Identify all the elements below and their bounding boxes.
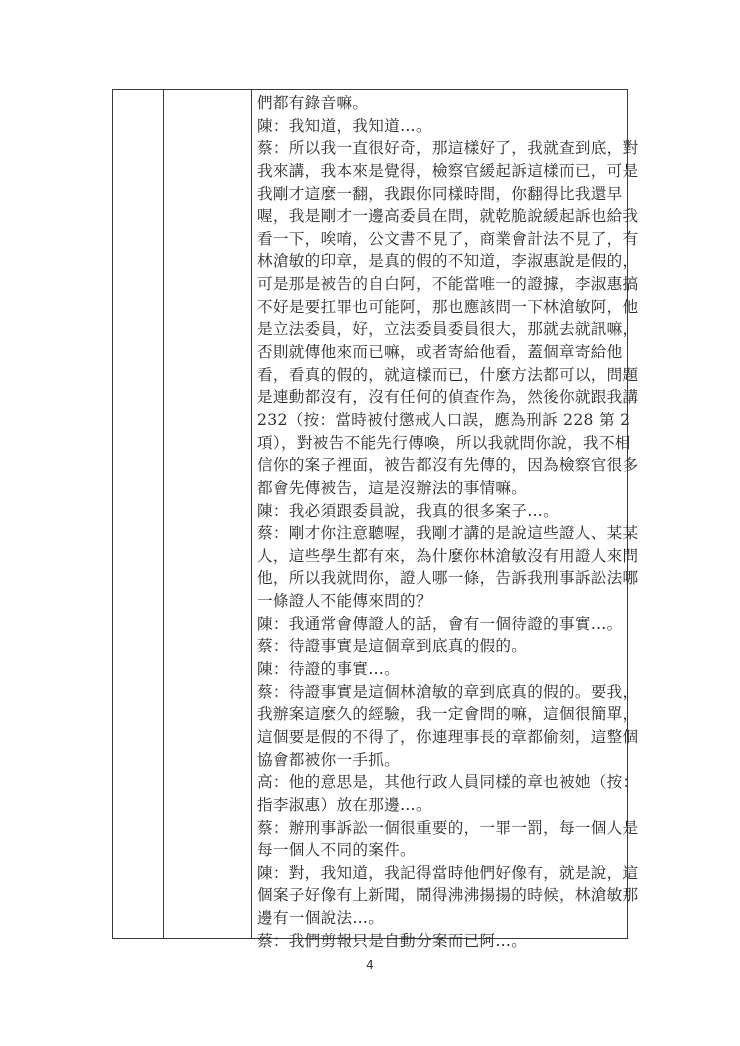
transcript-line: 都會先傳被告，這是沒辦法的事情嘛。 <box>257 477 625 500</box>
transcript-line: 232（按：當時被付懲戒人口誤，應為刑訴 228 第 2 <box>257 409 625 432</box>
transcript-line: 蔡：我們剪報只是自動分案而已阿…。 <box>257 930 625 953</box>
transcript-line: 一條證人不能傳來問的？ <box>257 590 625 613</box>
transcript-line: 看，看真的假的，就這樣而已，什麼方法都可以，問題 <box>257 364 625 387</box>
transcript-line: 陳：待證的事實…。 <box>257 658 625 681</box>
transcript-line: 每一個人不同的案件。 <box>257 839 625 862</box>
transcript-line: 蔡：所以我一直很好奇，那這樣好了，我就查到底，對 <box>257 137 625 160</box>
transcript-line: 陳：對，我知道，我記得當時他們好像有，就是說，這 <box>257 862 625 885</box>
transcript-line: 蔡：待證事實是這個林滄敏的章到底真的假的。要我， <box>257 681 625 704</box>
transcript-line: 協會都被你一手抓。 <box>257 749 625 772</box>
transcript-line: 們都有錄音嘛。 <box>257 92 625 115</box>
transcript-line: 我來講，我本來是覺得，檢察官緩起訴這樣而已，可是 <box>257 160 625 183</box>
transcript-line: 蔡：待證事實是這個章到底真的假的。 <box>257 635 625 658</box>
transcript-line: 不好是要扛罪也可能阿，那也應該問一下林滄敏阿，他 <box>257 296 625 319</box>
transcript-line: 喔，我是剛才一邊高委員在問，就乾脆說緩起訴也給我 <box>257 205 625 228</box>
column-divider <box>251 90 252 938</box>
transcript-line: 否則就傳他來而已嘛，或者寄給他看，蓋個章寄給他 <box>257 341 625 364</box>
transcript-line: 是連動都沒有，沒有任何的偵查作為，然後你就跟我講 <box>257 386 625 409</box>
transcript-line: 陳：我知道，我知道…。 <box>257 115 625 138</box>
transcript-line: 陳：我必須跟委員說，我真的很多案子…。 <box>257 500 625 523</box>
transcript-line: 個案子好像有上新聞，鬧得沸沸揚揚的時候，林滄敏那 <box>257 884 625 907</box>
transcript-table: 們都有錄音嘛。陳：我知道，我知道…。蔡：所以我一直很好奇，那這樣好了，我就查到底… <box>112 89 628 939</box>
transcript-line: 這個要是假的不得了，你連理事長的章都偷刻，這整個 <box>257 726 625 749</box>
transcript-line: 我剛才這麼一翻，我跟你同樣時間，你翻得比我還早 <box>257 183 625 206</box>
transcript-line: 看一下，唉唷，公文書不見了，商業會計法不見了，有 <box>257 228 625 251</box>
transcript-cell: 們都有錄音嘛。陳：我知道，我知道…。蔡：所以我一直很好奇，那這樣好了，我就查到底… <box>257 92 625 952</box>
transcript-line: 蔡：剛才你注意聽喔，我剛才講的是說這些證人、某某 <box>257 522 625 545</box>
transcript-line: 人，這些學生都有來，為什麼你林滄敏沒有用證人來問 <box>257 545 625 568</box>
transcript-line: 陳：我通常會傳證人的話，會有一個待證的事實…。 <box>257 613 625 636</box>
transcript-line: 我辦案這麼久的經驗，我一定會問的嘛，這個很簡單， <box>257 703 625 726</box>
transcript-line: 蔡：辦刑事訴訟一個很重要的，一罪一罰，每一個人是 <box>257 817 625 840</box>
transcript-line: 林滄敏的印章，是真的假的不知道，李淑惠說是假的， <box>257 250 625 273</box>
transcript-line: 信你的案子裡面，被告都沒有先傳的，因為檢察官很多 <box>257 454 625 477</box>
transcript-line: 項），對被告不能先行傳喚，所以我就問你說，我不相 <box>257 432 625 455</box>
transcript-line: 指李淑惠）放在那邊…。 <box>257 794 625 817</box>
transcript-line: 是立法委員，好，立法委員委員很大，那就去就訊嘛， <box>257 318 625 341</box>
transcript-line: 高：他的意思是，其他行政人員同樣的章也被她（按： <box>257 771 625 794</box>
column-divider <box>163 90 164 938</box>
transcript-line: 邊有一個說法…。 <box>257 907 625 930</box>
transcript-line: 他，所以我就問你，證人哪一條，告訴我刑事訴訟法哪 <box>257 567 625 590</box>
transcript-line: 可是那是被告的自白阿，不能當唯一的證據，李淑惠搞 <box>257 273 625 296</box>
page-number: 4 <box>0 958 740 972</box>
